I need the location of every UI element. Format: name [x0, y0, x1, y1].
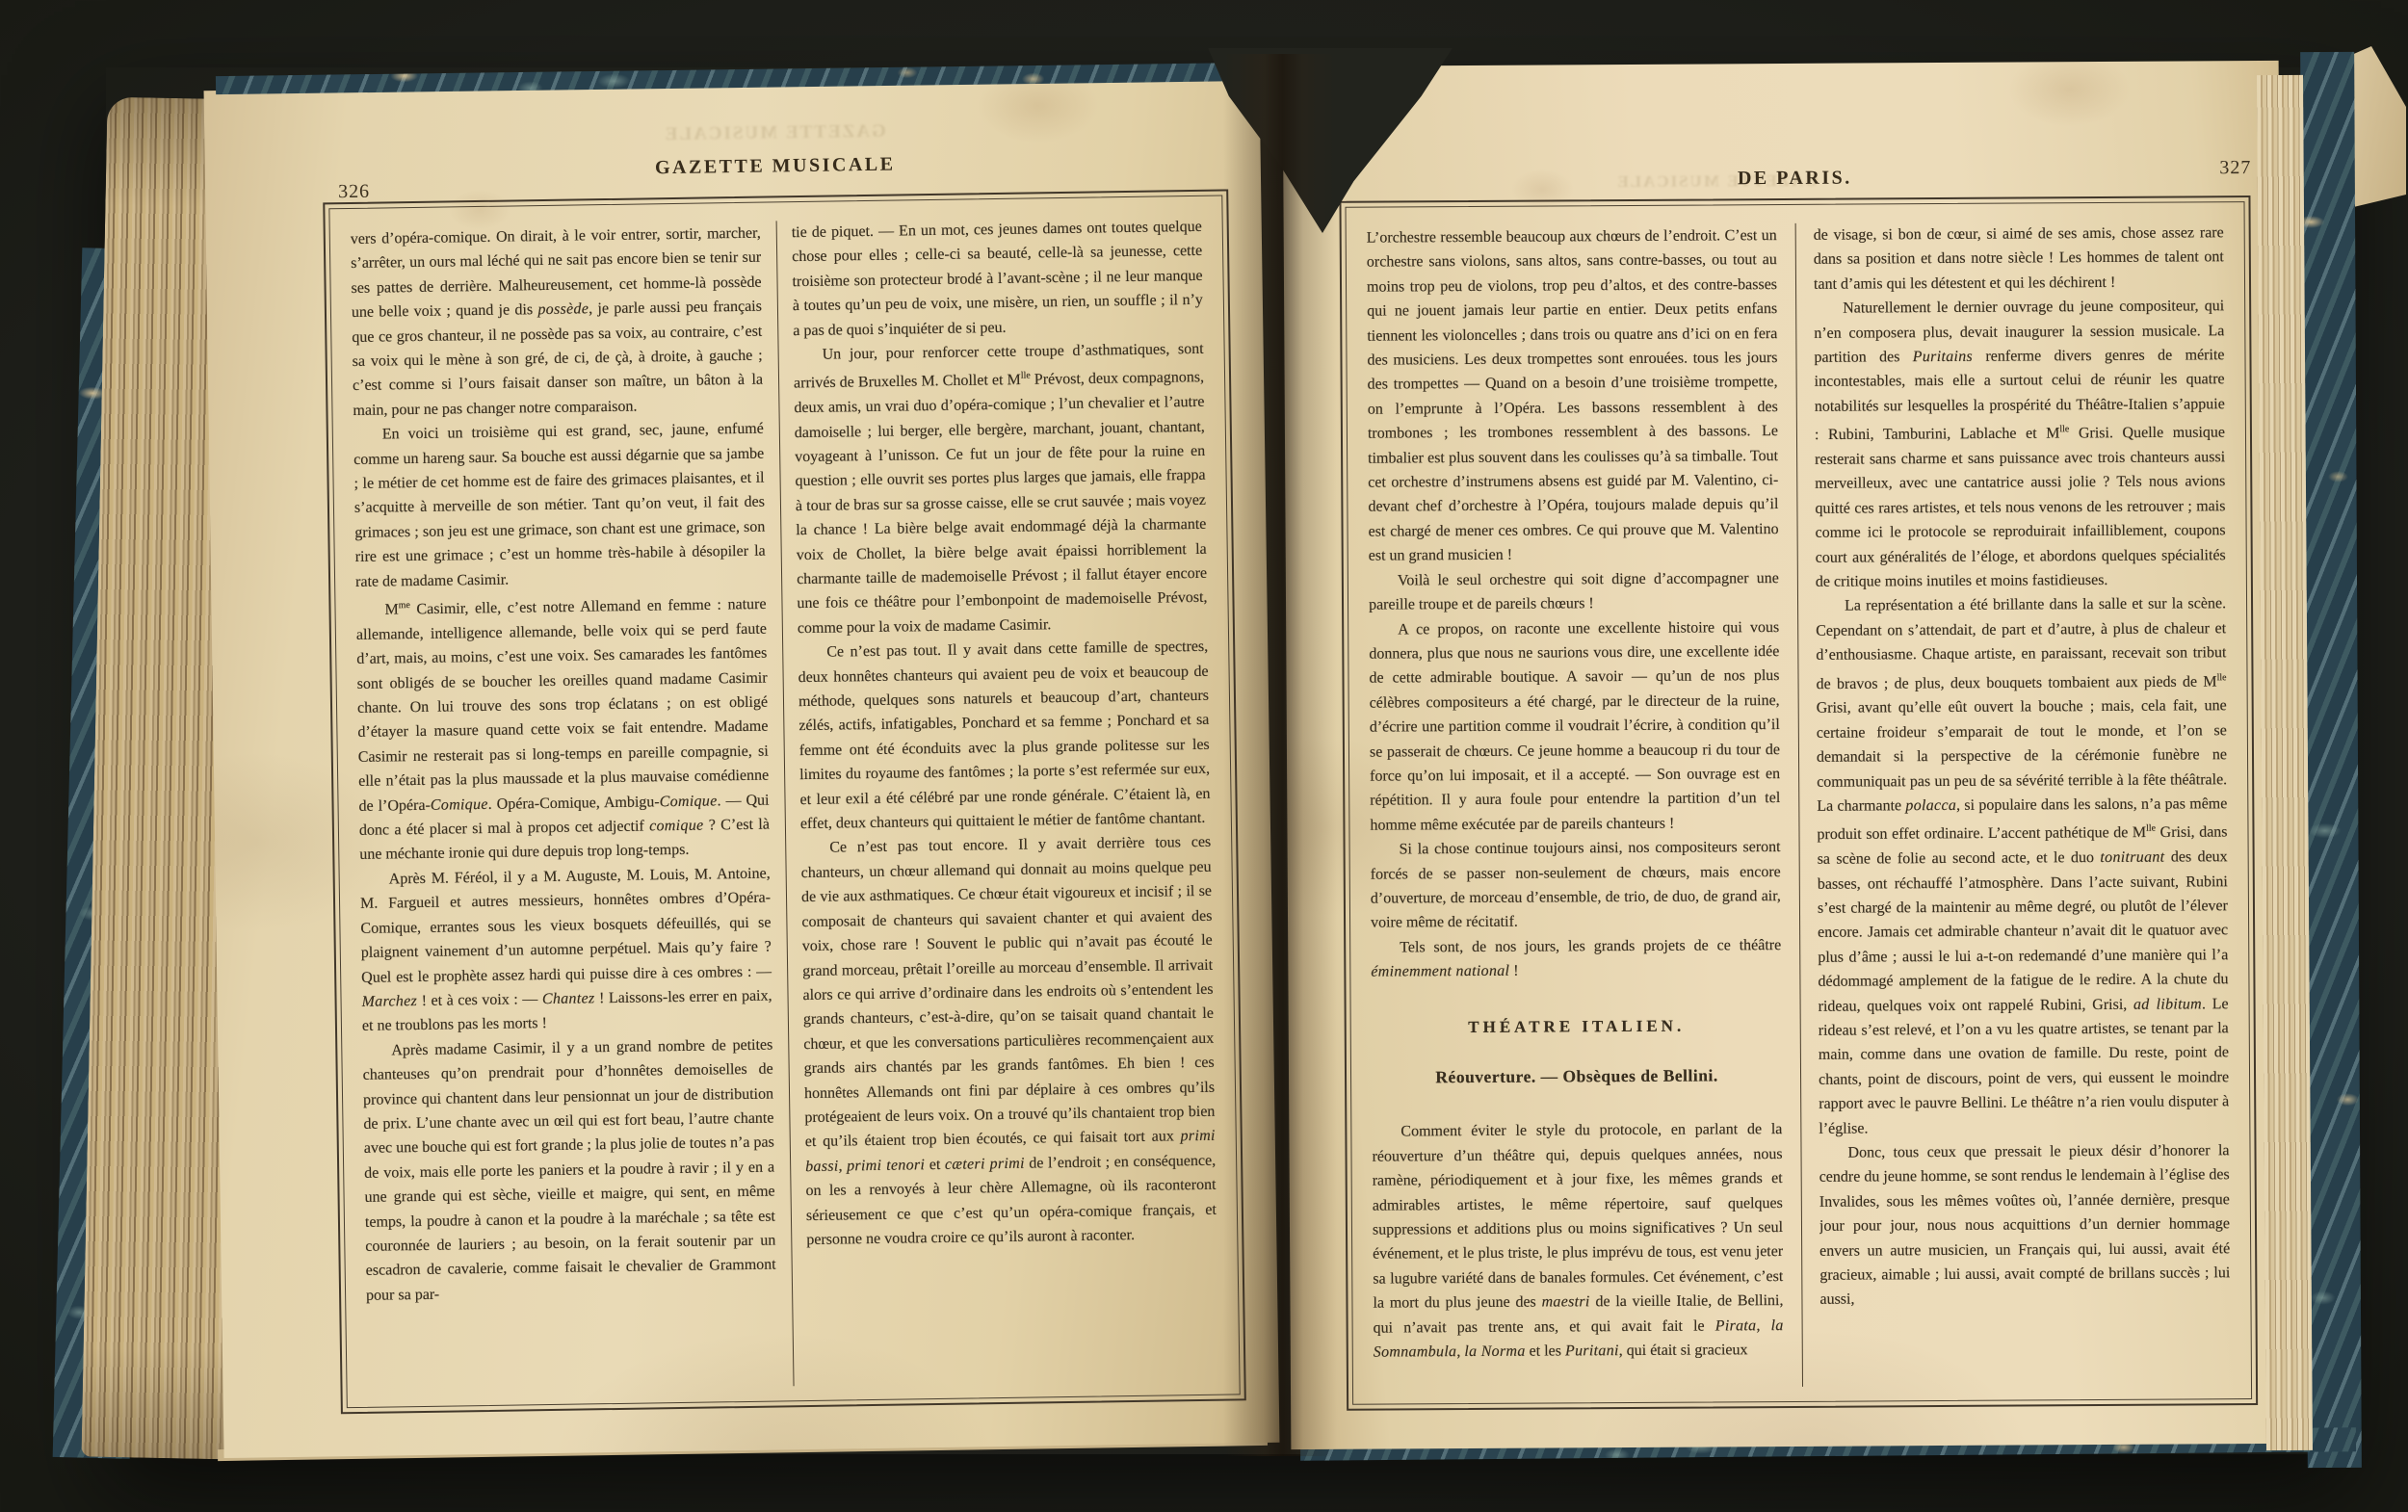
paragraph: vers d’opéra-comique. On dirait, à le vo… — [351, 222, 764, 424]
paragraph: Ce n’est pas tout encore. Il y avait der… — [800, 830, 1217, 1252]
running-title-right: DE PARIS. — [1339, 165, 2250, 193]
column-327-left: L’orchestre ressemble beaucoup aux chœur… — [1367, 223, 1784, 1390]
page-number-326: 326 — [338, 181, 370, 203]
column-rule-327 — [1794, 223, 1802, 1387]
column-rule-326 — [775, 221, 794, 1386]
paragraph: de visage, si bon de cœur, si aimé de se… — [1814, 221, 2224, 297]
paragraph: Ce n’est pas tout. Il y avait dans cette… — [798, 635, 1211, 837]
running-title-left: GAZETTE MUSICALE — [323, 148, 1228, 184]
paragraph: Donc, tous ceux que pressait le pieux dé… — [1819, 1138, 2230, 1312]
paragraph: Naturellement le dernier ouvrage du jeun… — [1814, 294, 2226, 594]
text-frame-326: vers d’opéra-comique. On dirait, à le vo… — [323, 189, 1246, 1414]
paragraph: Comment éviter le style du protocole, en… — [1372, 1117, 1784, 1365]
paragraph: En voici un troisième qui est grand, sec… — [353, 417, 767, 594]
paragraph: tie de piquet. — En un mot, ces jeunes d… — [792, 215, 1204, 343]
page-327: GAZETTE MUSICALE 327 DE PARIS. L’orchest… — [1283, 61, 2288, 1449]
column-327-right: de visage, si bon de cœur, si aimé de se… — [1814, 221, 2231, 1387]
paragraph: Après madame Casimir, il y a un grand no… — [362, 1032, 776, 1308]
column-326-left: vers d’opéra-comique. On dirait, à le vo… — [351, 222, 778, 1393]
paragraph: Tels sont, de nos jours, les grands proj… — [1371, 933, 1781, 984]
column-326-right: tie de piquet. — En un mot, ces jeunes d… — [792, 215, 1219, 1386]
bleed-through-ghost-title: GAZETTE MUSICALE — [322, 116, 1227, 150]
section-heading: THÉATRE ITALIEN. — [1372, 1013, 1782, 1040]
paragraph: A ce propos, on raconte une excellente h… — [1369, 615, 1780, 838]
paragraph: Voilà le seul orchestre qui soit digne d… — [1369, 566, 1779, 617]
section-subheading: Réouverture. — Obsèques de Bellini. — [1372, 1063, 1782, 1090]
paragraph: Après M. Féréol, il y a M. Auguste, M. L… — [360, 861, 773, 1038]
paragraph: La représentation a été brillante dans l… — [1816, 592, 2229, 1141]
columns-326: vers d’opéra-comique. On dirait, à le vo… — [351, 215, 1219, 1393]
columns-327: L’orchestre ressemble beaucoup aux chœur… — [1367, 221, 2231, 1389]
paragraph: Si la chose continue toujours ainsi, nos… — [1371, 835, 1782, 935]
paragraph: Mme Casimir, elle, c’est notre Allemand … — [355, 588, 770, 868]
text-frame-327: L’orchestre ressemble beaucoup aux chœur… — [1339, 196, 2258, 1411]
page-stack-edge-right — [2257, 75, 2313, 1450]
scanned-book-spread-photo: GAZETTE MUSICALE 326 GAZETTE MUSICALE ve… — [0, 0, 2408, 1512]
page-326: GAZETTE MUSICALE 326 GAZETTE MUSICALE ve… — [204, 75, 1280, 1458]
paragraph: Un jour, pour renforcer cette troupe d’a… — [793, 337, 1208, 640]
paragraph: L’orchestre ressemble beaucoup aux chœur… — [1367, 223, 1779, 568]
